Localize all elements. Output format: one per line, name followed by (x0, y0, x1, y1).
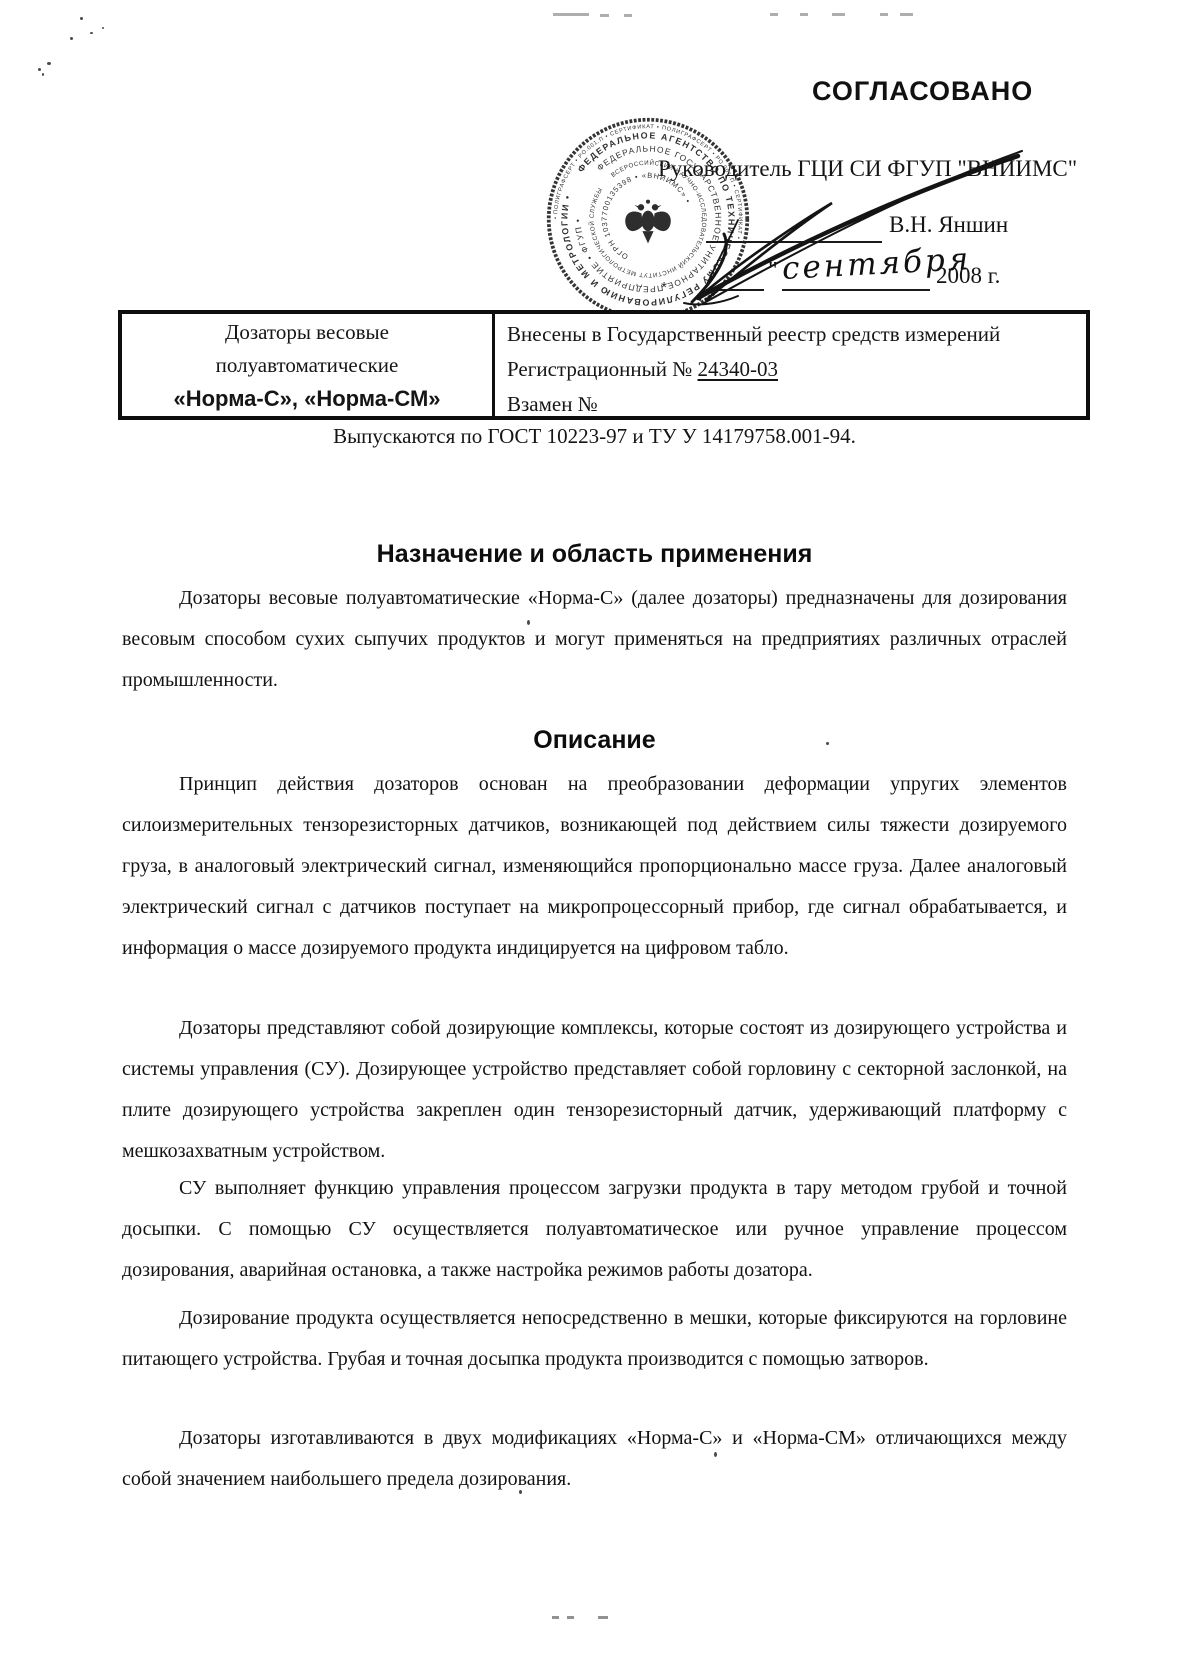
document-page: • ПОЛИГРАФСЕРТ • РО.001.П • СЕРТИФИКАТ •… (0, 0, 1191, 1661)
standards-line: Выпускаются по ГОСТ 10223-97 и ТУ У 1417… (122, 424, 1067, 449)
registration-table: Дозаторы весовые полуавтоматические «Нор… (118, 310, 1090, 420)
scan-dash (832, 13, 845, 16)
registration-number-label: Регистрационный № (507, 357, 692, 381)
approval-stamp-label: СОГЛАСОВАНО (812, 76, 1033, 107)
registry-entry-line: Внесены в Государственный реестр средств… (507, 317, 1086, 352)
scan-dash (800, 13, 808, 16)
registration-number-value: 24340-03 (698, 357, 779, 381)
paragraph: Дозаторы весовые полуавтоматические «Нор… (122, 578, 1067, 701)
product-models: «Норма-С», «Норма-СМ» (173, 382, 440, 415)
scan-speck (102, 27, 104, 29)
paragraph: СУ выполняет функцию управления процессо… (122, 1168, 1067, 1291)
replaces-number-line: Взамен № (507, 387, 1086, 422)
scan-speck (90, 32, 93, 34)
product-name-line: полуавтоматические (216, 349, 399, 382)
registry-cell: Внесены в Государственный реестр средств… (495, 314, 1086, 416)
product-name-line: Дозаторы весовые (225, 316, 389, 349)
scan-speck (80, 17, 83, 20)
scan-dash (598, 1616, 608, 1619)
scan-speck (38, 68, 41, 71)
scan-speck (47, 62, 51, 65)
scan-dash (600, 14, 609, 17)
scan-dash (770, 13, 778, 16)
handwritten-signature-icon (640, 130, 1060, 315)
scan-speck (70, 37, 73, 40)
scan-dash (552, 1616, 559, 1619)
section-heading-purpose: Назначение и область применения (122, 540, 1067, 569)
section-heading-description: Описание (122, 726, 1067, 755)
product-name-cell: Дозаторы весовые полуавтоматические «Нор… (122, 314, 495, 416)
scan-dash (553, 13, 589, 16)
paragraph: Дозаторы изготавливаются в двух модифика… (122, 1418, 1067, 1500)
scan-dash (900, 13, 913, 16)
scan-dash (624, 14, 632, 17)
scan-dash (880, 13, 888, 16)
scan-speck (42, 73, 44, 76)
paragraph: Дозаторы представляют собой дозирующие к… (122, 1008, 1067, 1172)
paragraph: Дозирование продукта осуществляется непо… (122, 1298, 1067, 1380)
registration-number-line: Регистрационный № 24340-03 (507, 352, 1086, 387)
scan-dash (567, 1616, 574, 1619)
paragraph: Принцип действия дозаторов основан на пр… (122, 764, 1067, 969)
